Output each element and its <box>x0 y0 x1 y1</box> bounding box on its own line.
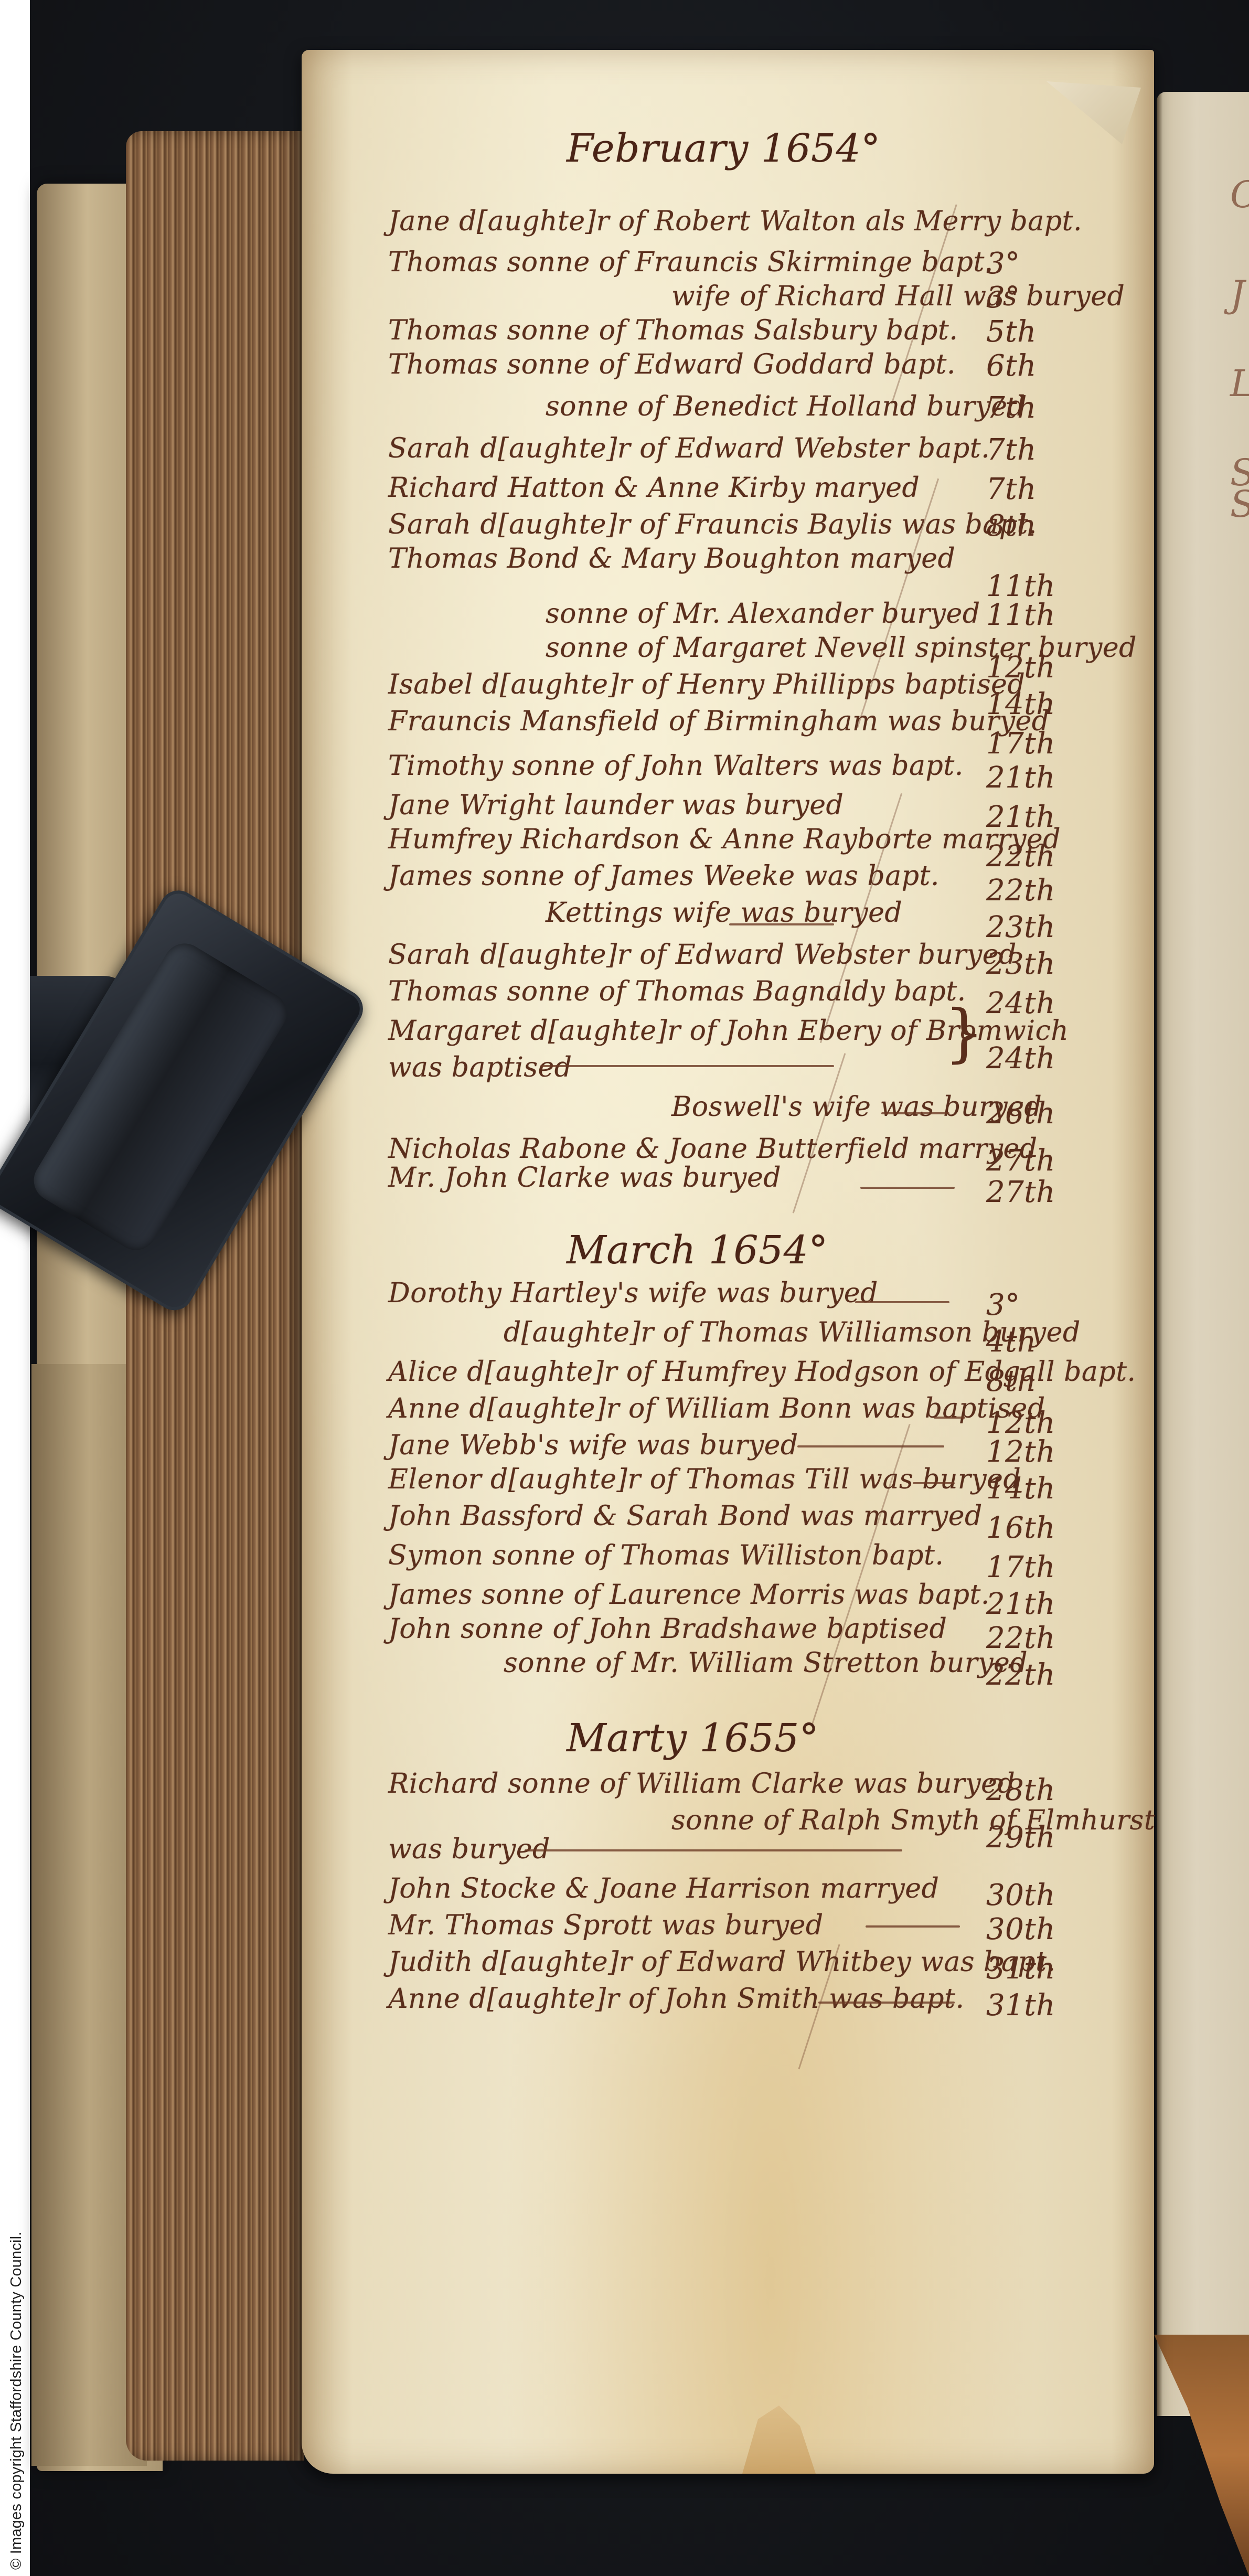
register-entry: Frauncis Mansfield of Birmingham was bur… <box>388 706 1050 737</box>
entry-day: 22th <box>986 839 1070 874</box>
facing-page-glyph: C <box>1230 173 1249 216</box>
register-entry: Sarah d[aughte]r of Edward Webster burye… <box>388 939 1017 971</box>
entry-day: 17th <box>986 1550 1070 1584</box>
register-entry: Timothy sonne of John Walters was bapt. <box>388 750 964 782</box>
copyright-notice: © Images copyright Staffordshire County … <box>8 2231 25 2570</box>
entry-day: 30th <box>986 1912 1070 1946</box>
register-entry: Richard sonne of William Clarke was bury… <box>388 1768 1015 1800</box>
section-heading-march-1654: March 1654° <box>567 1228 828 1273</box>
facing-page-glyph: L <box>1230 362 1249 405</box>
register-entry: Anne d[aughte]r of John Smith was bapt. <box>388 1983 964 2015</box>
entry-day: 7th <box>986 472 1070 506</box>
entry-day: 31th <box>986 1952 1070 1986</box>
register-entry: sonne of Mr. Alexander buryed <box>546 598 980 630</box>
facing-page <box>1157 92 1249 2416</box>
entry-day: 28th <box>986 1773 1070 1807</box>
folded-corner <box>1047 81 1141 144</box>
entry-day: 11th <box>986 598 1070 632</box>
facing-page-glyph: S <box>1230 483 1249 526</box>
entry-day: 21th <box>986 761 1070 795</box>
entry-day: 8th <box>986 509 1070 543</box>
facing-page-glyph: J <box>1230 273 1245 316</box>
entry-day: 16th <box>986 1511 1070 1545</box>
entry-day: 17th <box>986 727 1070 761</box>
register-entry: Thomas sonne of Frauncis Skirminge bapt. <box>388 247 994 278</box>
register-entry: Anne d[aughte]r of William Bonn was bapt… <box>388 1393 1045 1424</box>
register-entry: Humfrey Richardson & Anne Rayborte marry… <box>388 824 1061 855</box>
register-entry: Kettings wife was buryed <box>546 897 902 929</box>
entry-day: 26th <box>986 1097 1070 1131</box>
register-entry: sonne of Benedict Holland buryed <box>546 391 1025 422</box>
copyright-strip: © Images copyright Staffordshire County … <box>0 0 30 2576</box>
entry-day: 22th <box>986 874 1070 908</box>
register-entry: James sonne of Laurence Morris was bapt. <box>388 1579 990 1611</box>
entry-day: 27th <box>986 1175 1070 1209</box>
entry-day: 30th <box>986 1878 1070 1912</box>
filler-line <box>881 1112 949 1114</box>
entry-day: 14th <box>986 1472 1070 1506</box>
section-heading-february-1654: February 1654° <box>567 126 881 171</box>
entry-day: 4th <box>986 1325 1070 1359</box>
register-entry: James sonne of James Weeke was bapt. <box>388 860 940 892</box>
register-entry: sonne of Ralph Smyth of Elmhurst <box>671 1805 1155 1836</box>
filler-line <box>855 1301 949 1303</box>
register-entry: John sonne of John Bradshawe baptised <box>388 1613 947 1645</box>
entry-day: 6th <box>986 349 1070 383</box>
register-entry: Richard Hatton & Anne Kirby maryed <box>388 472 920 504</box>
entry-day: 3° <box>986 247 1070 281</box>
entry-day: 5th <box>986 315 1070 349</box>
entry-brace: } <box>944 997 984 1070</box>
filler-line <box>860 1187 955 1189</box>
filler-line <box>934 1417 965 1419</box>
register-entry: Elenor d[aughte]r of Thomas Till was bur… <box>388 1464 1021 1495</box>
entry-day: 29th <box>986 1821 1070 1855</box>
entry-day: 24th <box>986 1041 1070 1076</box>
entry-day: 22th <box>986 1658 1070 1692</box>
register-entry: Thomas sonne of Thomas Bagnaldy bapt. <box>388 976 966 1007</box>
register-entry: Jane d[aughte]r of Robert Walton als Mer… <box>388 206 1082 237</box>
entry-day: 21th <box>986 1587 1070 1621</box>
register-entry: Nicholas Rabone & Joane Butterfield marr… <box>388 1133 1038 1165</box>
filler-line <box>913 1482 955 1484</box>
register-entry: Thomas sonne of Thomas Salsbury bapt. <box>388 315 958 346</box>
register-entry: Thomas sonne of Edward Goddard bapt. <box>388 349 956 380</box>
register-entry: Jane Webb's wife was buryed <box>388 1430 798 1461</box>
entry-day: 3° <box>986 281 1070 315</box>
register-entry: Dorothy Hartley's wife was buryed <box>388 1278 878 1309</box>
register-entry: was baptised <box>388 1052 572 1083</box>
register-entry: Sarah d[aughte]r of Frauncis Baylis was … <box>388 509 1037 540</box>
register-entry: Jane Wright launder was buryed <box>388 790 844 821</box>
register-entry: Mr. Thomas Sprott was buryed <box>388 1910 824 1941</box>
register-entry: Sarah d[aughte]r of Edward Webster bapt. <box>388 433 990 464</box>
register-entry: John Stocke & Joane Harrison marryed <box>388 1873 939 1904</box>
filler-line <box>729 923 834 925</box>
filler-line <box>540 1065 834 1067</box>
register-entry: Judith d[aughte]r of Edward Whitbey was … <box>388 1946 1056 1978</box>
entry-day: 31th <box>986 1988 1070 2023</box>
page-tear <box>721 2405 826 2474</box>
filler-line <box>525 1849 902 1851</box>
entry-day: 27th <box>986 1144 1070 1178</box>
register-entry: sonne of Mr. William Stretton buryed <box>504 1647 1028 1679</box>
entry-day: 7th <box>986 433 1070 467</box>
entry-day: 7th <box>986 391 1070 425</box>
register-entry: Thomas Bond & Mary Boughton maryed <box>388 543 955 574</box>
filler-line <box>797 1445 944 1447</box>
section-heading-march-1655: Marty 1655° <box>567 1716 819 1761</box>
register-entry: Isabel d[aughte]r of Henry Phillipps bap… <box>388 669 1025 700</box>
filler-line <box>866 1925 960 1928</box>
register-entry: Symon sonne of Thomas Williston bapt. <box>388 1540 944 1571</box>
filler-line <box>818 2002 955 2004</box>
register-entry: Mr. John Clarke was buryed <box>388 1162 781 1194</box>
entry-day: 23th <box>986 947 1070 981</box>
register-entry: John Bassford & Sarah Bond was marryed <box>388 1500 983 1532</box>
